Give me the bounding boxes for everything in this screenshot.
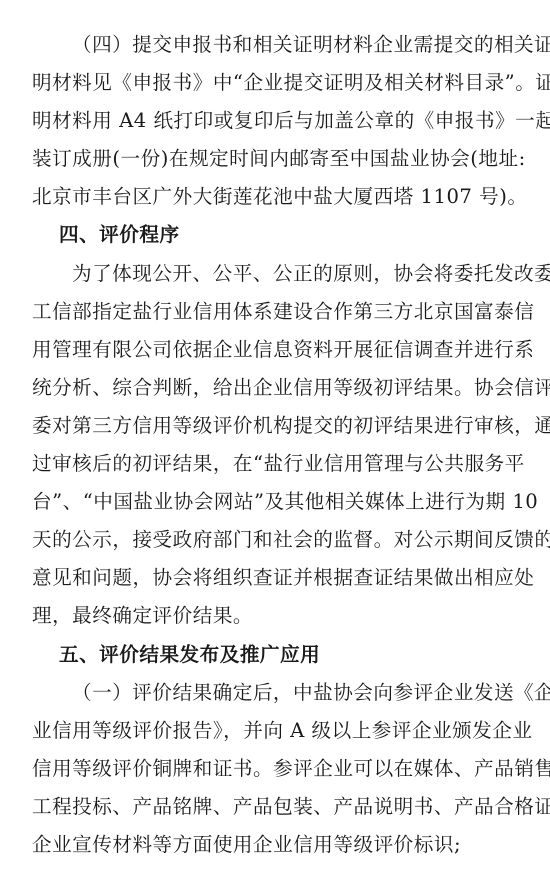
- paragraph-submission-materials: （四）提交申报书和相关证明材料企业需提交的相关证 明材料见《申报书》中“企业提交…: [32, 26, 504, 216]
- section-heading-evaluation-procedure: 四、评价程序: [32, 216, 504, 254]
- text-line: （一）评价结果确定后，中盐协会向参评企业发送《企: [32, 674, 504, 712]
- section-heading-results-publication: 五、评价结果发布及推广应用: [32, 636, 504, 674]
- text-line: 工程投标、产品铭牌、产品包装、产品说明书、产品合格证、: [32, 788, 504, 826]
- text-line: 北京市丰台区广外大街莲花池中盐大厦西塔 1107 号)。: [32, 178, 504, 216]
- text-line: 天的公示，接受政府部门和社会的监督。对公示期间反馈的: [32, 521, 504, 559]
- paragraph-results-item-1: （一）评价结果确定后，中盐协会向参评企业发送《企 业信用等级评价报告》，并向 A…: [32, 674, 504, 864]
- text-line: 明材料见《申报书》中“企业提交证明及相关材料目录”。证: [32, 64, 504, 102]
- text-line: 企业宣传材料等方面使用企业信用等级评价标识;: [32, 826, 504, 864]
- text-line: 业信用等级评价报告》，并向 A 级以上参评企业颁发企业: [32, 712, 504, 750]
- text-line: 明材料用 A4 纸打印或复印后与加盖公章的《申报书》一起: [32, 102, 504, 140]
- text-line: 信用等级评价铜牌和证书。参评企业可以在媒体、产品销售、: [32, 750, 504, 788]
- document-page: （四）提交申报书和相关证明材料企业需提交的相关证 明材料见《申报书》中“企业提交…: [32, 26, 504, 864]
- text-line: （四）提交申报书和相关证明材料企业需提交的相关证: [32, 26, 504, 64]
- text-line: 过审核后的初评结果，在“盐行业信用管理与公共服务平: [32, 445, 504, 483]
- text-line: 用管理有限公司依据企业信息资料开展征信调查并进行系: [32, 331, 504, 369]
- text-line: 装订成册(一份)在规定时间内邮寄至中国盐业协会(地址:: [32, 140, 504, 178]
- text-line: 统分析、综合判断，给出企业信用等级初评结果。协会信评: [32, 369, 504, 407]
- paragraph-evaluation-procedure: 为了体现公开、公平、公正的原则，协会将委托发改委、 工信部指定盐行业信用体系建设…: [32, 255, 504, 636]
- text-line: 理，最终确定评价结果。: [32, 597, 504, 635]
- text-line: 台”、“中国盐业协会网站”及其他相关媒体上进行为期 10: [32, 483, 504, 521]
- text-line: 意见和问题，协会将组织查证并根据查证结果做出相应处: [32, 559, 504, 597]
- text-line: 为了体现公开、公平、公正的原则，协会将委托发改委、: [32, 255, 504, 293]
- text-line: 委对第三方信用等级评价机构提交的初评结果进行审核，通: [32, 407, 504, 445]
- text-line: 工信部指定盐行业信用体系建设合作第三方北京国富泰信: [32, 293, 504, 331]
